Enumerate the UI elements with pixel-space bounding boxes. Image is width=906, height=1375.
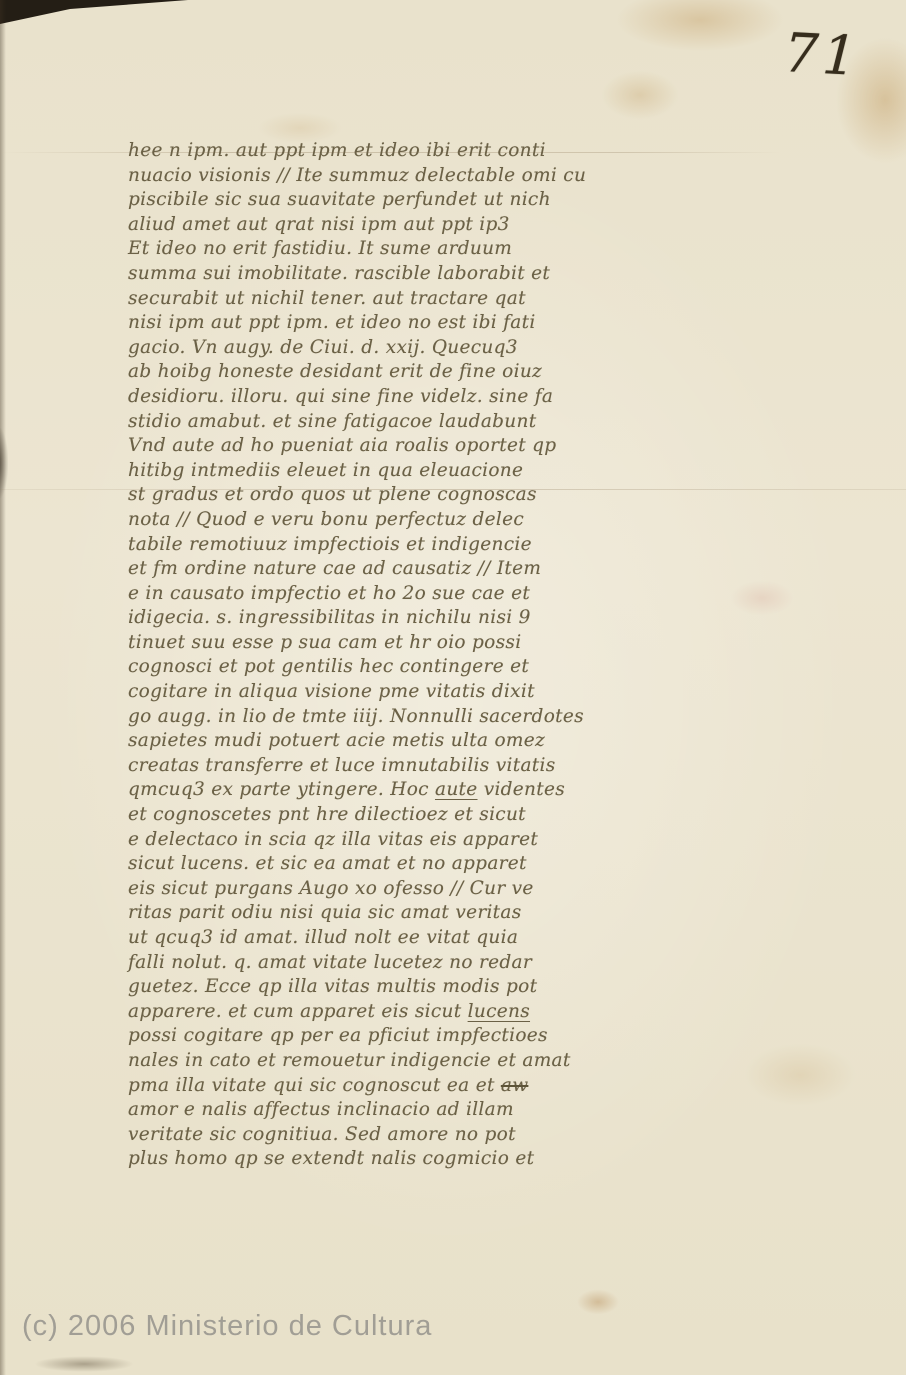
manuscript-text: cogitare in aliqua visione pme vitatis d…	[128, 681, 535, 702]
manuscript-line: idigecia. s. ingressibilitas in nichilu …	[128, 606, 758, 631]
manuscript-text: nuacio visionis // Ite summuz delectable…	[128, 165, 586, 186]
manuscript-text: Et ideo no erit fastidiu. It sume arduum	[128, 238, 512, 259]
manuscript-text: Vnd aute ad ho pueniat aia roalis oporte…	[128, 435, 556, 456]
manuscript-text: e delectaco in scia qz illa vitas eis ap…	[128, 829, 538, 850]
manuscript-line: tinuet suu esse p sua cam et hr oio poss…	[128, 631, 758, 656]
manuscript-line: plus homo qp se extendt nalis cogmicio e…	[128, 1147, 758, 1172]
manuscript-word-strike: aw	[501, 1075, 528, 1096]
manuscript-text: veritate sic cognitiua. Sed amore no pot	[128, 1124, 516, 1145]
manuscript-text: piscibile sic sua suavitate perfundet ut…	[128, 189, 551, 210]
manuscript-text: ut qcuq3 id amat. illud nolt ee vitat qu…	[128, 927, 518, 948]
manuscript-line: cognosci et pot gentilis hec contingere …	[128, 655, 758, 680]
manuscript-line: pma illa vitate qui sic cognoscut ea et …	[128, 1074, 758, 1099]
manuscript-text: e in causato impfectio et ho 2o sue cae …	[128, 583, 530, 604]
manuscript-text: et cognoscetes pnt hre dilectioez et sic…	[128, 804, 526, 825]
manuscript-text: amor e nalis affectus inclinacio ad illa…	[128, 1099, 514, 1120]
manuscript-page: 71 hee n ipm. aut ppt ipm et ideo ibi er…	[0, 0, 906, 1375]
manuscript-line: nales in cato et remouetur indigencie et…	[128, 1049, 758, 1074]
manuscript-word-underline: aute	[435, 779, 478, 800]
manuscript-word-underline: lucens	[468, 1001, 530, 1022]
manuscript-line: stidio amabut. et sine fatigacoe laudabu…	[128, 410, 758, 435]
manuscript-line: aliud amet aut qrat nisi ipm aut ppt ip3	[128, 213, 758, 238]
manuscript-text: ritas parit odiu nisi quia sic amat veri…	[128, 902, 522, 923]
manuscript-text: et fm ordine nature cae ad causatiz // I…	[128, 558, 541, 579]
photo-edge-corner	[0, 0, 190, 24]
manuscript-text: sapietes mudi potuert acie metis ulta om…	[128, 730, 545, 751]
manuscript-line: e in causato impfectio et ho 2o sue cae …	[128, 582, 758, 607]
photo-edge-bottom-smudge	[34, 1356, 134, 1372]
manuscript-text: nales in cato et remouetur indigencie et…	[128, 1050, 571, 1071]
manuscript-line: ab hoibg honeste desidant erit de fine o…	[128, 360, 758, 385]
manuscript-line: guetez. Ecce qp illa vitas multis modis …	[128, 975, 758, 1000]
manuscript-line: Et ideo no erit fastidiu. It sume arduum	[128, 237, 758, 262]
manuscript-text: cognosci et pot gentilis hec contingere …	[128, 656, 529, 677]
manuscript-text: guetez. Ecce qp illa vitas multis modis …	[128, 976, 537, 997]
manuscript-line: apparere. et cum apparet eis sicut lucen…	[128, 1000, 758, 1025]
manuscript-line: hee n ipm. aut ppt ipm et ideo ibi erit …	[128, 139, 758, 164]
manuscript-line: piscibile sic sua suavitate perfundet ut…	[128, 188, 758, 213]
manuscript-line: sapietes mudi potuert acie metis ulta om…	[128, 729, 758, 754]
photo-edge-left	[0, 0, 6, 1375]
manuscript-text: ab hoibg honeste desidant erit de fine o…	[128, 361, 542, 382]
manuscript-text: gacio. Vn augy. de Ciui. d. xxij. Quecuq…	[128, 337, 518, 358]
manuscript-text: qmcuq3 ex parte ytingere. Hoc	[128, 779, 435, 800]
manuscript-line: hitibg intmediis eleuet in qua eleuacion…	[128, 459, 758, 484]
photo-edge-left-stain	[0, 428, 8, 498]
manuscript-text: tabile remotiuuz impfectiois et indigenc…	[128, 534, 532, 555]
manuscript-line: falli nolut. q. amat vitate lucetez no r…	[128, 951, 758, 976]
manuscript-line: go augg. in lio de tmte iiij. Nonnulli s…	[128, 705, 758, 730]
folio-number: 71	[783, 26, 862, 84]
manuscript-line: creatas transferre et luce imnutabilis v…	[128, 754, 758, 779]
manuscript-text: pma illa vitate qui sic cognoscut ea et	[128, 1075, 501, 1096]
manuscript-line: Vnd aute ad ho pueniat aia roalis oporte…	[128, 434, 758, 459]
manuscript-line: desidioru. illoru. qui sine fine videlz.…	[128, 385, 758, 410]
manuscript-text: securabit ut nichil tener. aut tractare …	[128, 288, 526, 309]
manuscript-line: veritate sic cognitiua. Sed amore no pot	[128, 1123, 758, 1148]
manuscript-line: et cognoscetes pnt hre dilectioez et sic…	[128, 803, 758, 828]
manuscript-text: videntes	[478, 779, 566, 800]
manuscript-line: nota // Quod e veru bonu perfectuz delec	[128, 508, 758, 533]
manuscript-text: hitibg intmediis eleuet in qua eleuacion…	[128, 460, 523, 481]
manuscript-text: creatas transferre et luce imnutabilis v…	[128, 755, 556, 776]
manuscript-text: eis sicut purgans Augo xo ofesso // Cur …	[128, 878, 534, 899]
manuscript-line: sicut lucens. et sic ea amat et no appar…	[128, 852, 758, 877]
manuscript-text: sicut lucens. et sic ea amat et no appar…	[128, 853, 527, 874]
manuscript-line: nisi ipm aut ppt ipm. et ideo no est ibi…	[128, 311, 758, 336]
manuscript-line: summa sui imobilitate. rascible laborabi…	[128, 262, 758, 287]
manuscript-text: nota // Quod e veru bonu perfectuz delec	[128, 509, 524, 530]
manuscript-text: apparere. et cum apparet eis sicut	[128, 1001, 468, 1022]
manuscript-text: plus homo qp se extendt nalis cogmicio e…	[128, 1148, 534, 1169]
manuscript-text-block: hee n ipm. aut ppt ipm et ideo ibi erit …	[128, 139, 758, 1172]
manuscript-line: possi cogitare qp per ea pficiut impfect…	[128, 1024, 758, 1049]
manuscript-text: hee n ipm. aut ppt ipm et ideo ibi erit …	[128, 140, 546, 161]
manuscript-line: qmcuq3 ex parte ytingere. Hoc aute viden…	[128, 778, 758, 803]
manuscript-text: tinuet suu esse p sua cam et hr oio poss…	[128, 632, 521, 653]
manuscript-line: st gradus et ordo quos ut plene cognosca…	[128, 483, 758, 508]
manuscript-line: gacio. Vn augy. de Ciui. d. xxij. Quecuq…	[128, 336, 758, 361]
manuscript-line: ut qcuq3 id amat. illud nolt ee vitat qu…	[128, 926, 758, 951]
manuscript-text: stidio amabut. et sine fatigacoe laudabu…	[128, 411, 536, 432]
manuscript-line: eis sicut purgans Augo xo ofesso // Cur …	[128, 877, 758, 902]
manuscript-text: summa sui imobilitate. rascible laborabi…	[128, 263, 550, 284]
manuscript-text: desidioru. illoru. qui sine fine videlz.…	[128, 386, 553, 407]
manuscript-line: securabit ut nichil tener. aut tractare …	[128, 287, 758, 312]
manuscript-line: amor e nalis affectus inclinacio ad illa…	[128, 1098, 758, 1123]
manuscript-line: nuacio visionis // Ite summuz delectable…	[128, 164, 758, 189]
manuscript-text: possi cogitare qp per ea pficiut impfect…	[128, 1025, 548, 1046]
manuscript-line: ritas parit odiu nisi quia sic amat veri…	[128, 901, 758, 926]
manuscript-line: cogitare in aliqua visione pme vitatis d…	[128, 680, 758, 705]
manuscript-text: go augg. in lio de tmte iiij. Nonnulli s…	[128, 706, 584, 727]
manuscript-text: st gradus et ordo quos ut plene cognosca…	[128, 484, 537, 505]
manuscript-text: idigecia. s. ingressibilitas in nichilu …	[128, 607, 531, 628]
manuscript-line: tabile remotiuuz impfectiois et indigenc…	[128, 533, 758, 558]
manuscript-text: falli nolut. q. amat vitate lucetez no r…	[128, 952, 532, 973]
manuscript-text: nisi ipm aut ppt ipm. et ideo no est ibi…	[128, 312, 536, 333]
copyright-watermark: (c) 2006 Ministerio de Cultura	[22, 1310, 432, 1343]
manuscript-line: et fm ordine nature cae ad causatiz // I…	[128, 557, 758, 582]
manuscript-line: e delectaco in scia qz illa vitas eis ap…	[128, 828, 758, 853]
manuscript-text: aliud amet aut qrat nisi ipm aut ppt ip3	[128, 214, 510, 235]
